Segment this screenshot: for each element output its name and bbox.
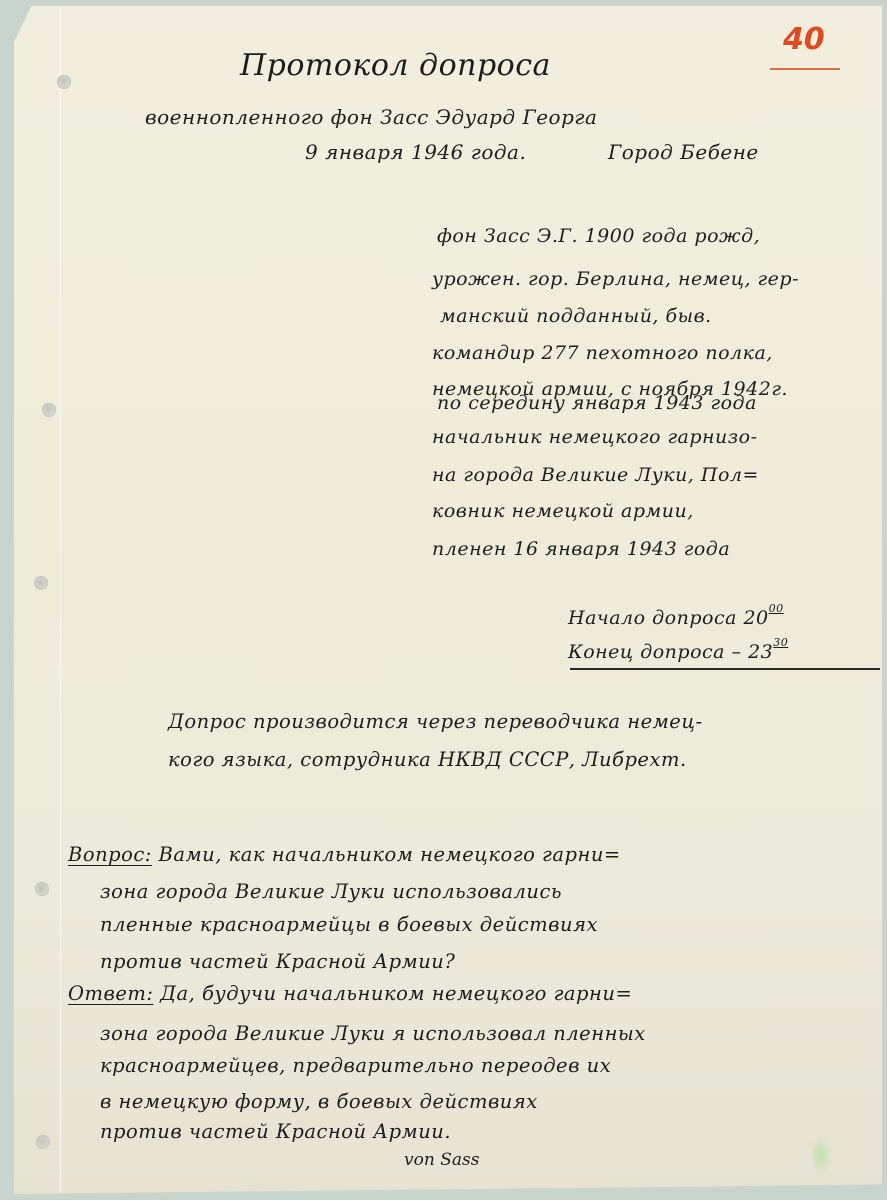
interrogation-start: Начало допроса 2000 [568, 602, 784, 629]
subject-info-line: командир 277 пехотного полка, [432, 342, 773, 364]
question-line: Вами, как начальником немецкого гарни= [159, 843, 621, 866]
question-line: против частей Красной Армии? [100, 950, 455, 973]
subject-info-line: фон Засс Э.Г. 1900 года рожд, [437, 225, 760, 247]
question-line: зона города Великие Луки использовались [100, 880, 562, 903]
document-date: 9 января 1946 года. [305, 140, 526, 164]
end-label: Конец допроса – [568, 641, 742, 663]
answer-first-line: Ответ: Да, будучи начальником немецкого … [68, 982, 632, 1005]
interpreter-note-line: Допрос производится через переводчика не… [168, 710, 703, 733]
start-label: Начало допроса [568, 607, 737, 629]
answer-line: в немецкую форму, в боевых действиях [100, 1090, 538, 1113]
page-number: 40 [783, 22, 825, 57]
punch-hole [57, 75, 71, 89]
ink-stain [810, 1135, 832, 1175]
answer-line: против частей Красной Армии. [100, 1120, 451, 1143]
document-title: Протокол допроса [240, 48, 551, 83]
document-subtitle: военнопленного фон Засс Эдуард Георга [145, 105, 597, 129]
subject-info-line: пленен 16 января 1943 года [432, 538, 730, 560]
page-number-underline [770, 68, 840, 70]
punch-hole [42, 403, 56, 417]
question-first-line: Вопрос: Вами, как начальником немецкого … [68, 843, 621, 866]
end-minutes: 30 [773, 636, 788, 649]
subject-info-line: на города Великие Луки, Пол= [432, 464, 759, 486]
start-minutes: 00 [769, 602, 784, 615]
interpreter-note-line: кого языка, сотрудника НКВД СССР, Либрех… [168, 748, 687, 771]
paper-fold [59, 6, 63, 1194]
punch-hole [35, 882, 49, 896]
answer-line: красноармейцев, предварительно переодев … [100, 1054, 611, 1077]
answer-line: Да, будучи начальником немецкого гарни= [160, 982, 632, 1005]
question-line: пленные красноармейцы в боевых действиях [100, 913, 598, 936]
interrogation-end: Конец допроса – 2330 [568, 636, 788, 663]
answer-label: Ответ: [68, 982, 153, 1005]
answer-line: зона города Великие Луки я использовал п… [100, 1022, 646, 1045]
subject-info-line: ковник немецкой армии, [432, 500, 694, 522]
times-rule [570, 668, 880, 670]
document-place: Город Бебене [608, 140, 759, 164]
document-page [14, 6, 882, 1194]
subject-info-line: урожен. гор. Берлина, немец, гер- [432, 268, 799, 290]
subject-info-line: начальник немецкого гарнизо- [432, 426, 758, 448]
start-hour: 20 [743, 607, 768, 629]
subject-info-line: манский подданный, быв. [440, 305, 712, 327]
subject-info-line: по середину января 1943 года [437, 392, 757, 414]
punch-hole [36, 1135, 50, 1149]
signature: von Sass [404, 1150, 479, 1170]
punch-hole [34, 576, 48, 590]
end-hour: 23 [748, 641, 773, 663]
question-label: Вопрос: [68, 843, 152, 866]
